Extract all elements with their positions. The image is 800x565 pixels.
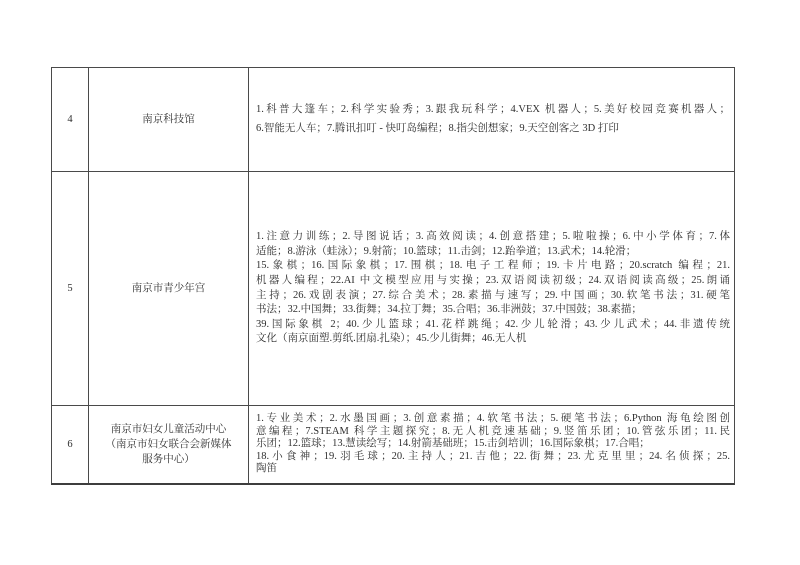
course-line: 书法；32.中国舞；33.街舞；34.拉丁舞；35.合唱；36.非洲鼓；37.中…	[256, 303, 730, 318]
document-page: 4南京科技馆1.科普大篷车；2.科学实验秀；3.跟我玩科学；4.VEX 机器人；…	[0, 0, 800, 565]
institution-cell: 南京市妇女儿童活动中心（南京市妇女联合会新媒体服务中心）	[89, 406, 249, 485]
row-number-cell: 4	[52, 68, 89, 172]
course-line: 陶笛	[256, 463, 730, 476]
table-row-6: 6南京市妇女儿童活动中心（南京市妇女联合会新媒体服务中心）1.专业美术；2.水墨…	[52, 406, 735, 485]
course-line: 意编程；7.STEAM 科学主题探究；8.无人机竞速基础；9.竖笛乐团；10.管…	[256, 426, 730, 439]
institution-cell: 南京市青少年宫	[89, 172, 249, 406]
row-number-cell: 5	[52, 172, 89, 406]
table-row-5: 5南京市青少年宫1.注意力训练；2.导图说话；3.高效阅读；4.创意搭建；5.啦…	[52, 172, 735, 406]
institution-line: 服务中心）	[93, 452, 244, 467]
courses-cell: 1.注意力训练；2.导图说话；3.高效阅读；4.创意搭建；5.啦啦操；6.中小学…	[249, 172, 735, 406]
courses-cell: 1.科普大篷车；2.科学实验秀；3.跟我玩科学；4.VEX 机器人；5.美好校园…	[249, 68, 735, 172]
course-line: 机器人编程；22.AI 中文模型应用与实操；23.双语阅读初级；24.双语阅读高…	[256, 274, 730, 289]
table-row-4: 4南京科技馆1.科普大篷车；2.科学实验秀；3.跟我玩科学；4.VEX 机器人；…	[52, 68, 735, 172]
course-line: 15.象棋；16.国际象棋；17.围棋；18.电子工程师；19.卡片电路；20.…	[256, 259, 730, 274]
course-line: 18.小食神；19.羽毛球；20.主持人；21.吉他；22.街舞；23.尤克里里…	[256, 451, 730, 464]
course-line: 6.智能无人车；7.腾讯扣叮 - 快叮岛编程；8.指尖创想家；9.天空创客之 3…	[256, 120, 730, 139]
institution-cell: 南京科技馆	[89, 68, 249, 172]
course-line: 39.国际象棋 2；40.少儿篮球；41.花样跳绳；42.少儿轮滑；43.少儿武…	[256, 318, 730, 333]
institution-line: （南京市妇女联合会新媒体	[93, 437, 244, 452]
course-line: 文化（南京面塑.剪纸.团扇.扎染）；45.少儿街舞；46.无人机	[256, 332, 730, 347]
course-line: 适能；8.游泳（蛙泳）；9.射箭；10.篮球；11.击剑；12.跆拳道；13.武…	[256, 245, 730, 260]
course-line: 1.专业美术；2.水墨国画；3.创意素描；4.软笔书法；5.硬笔书法；6.Pyt…	[256, 413, 730, 426]
institution-line: 南京市妇女儿童活动中心	[93, 422, 244, 437]
course-table: 4南京科技馆1.科普大篷车；2.科学实验秀；3.跟我玩科学；4.VEX 机器人；…	[51, 67, 735, 485]
courses-cell: 1.专业美术；2.水墨国画；3.创意素描；4.软笔书法；5.硬笔书法；6.Pyt…	[249, 406, 735, 485]
course-line: 乐团；12.篮球；13.慧读绘写；14.射箭基础班；15.击剑培训；16.国际象…	[256, 438, 730, 451]
course-line: 1.注意力训练；2.导图说话；3.高效阅读；4.创意搭建；5.啦啦操；6.中小学…	[256, 230, 730, 245]
course-line: 1.科普大篷车；2.科学实验秀；3.跟我玩科学；4.VEX 机器人；5.美好校园…	[256, 101, 730, 120]
course-table-body: 4南京科技馆1.科普大篷车；2.科学实验秀；3.跟我玩科学；4.VEX 机器人；…	[52, 68, 735, 485]
course-line: 主持；26.戏剧表演；27.综合美术；28.素描与速写；29.中国画；30.软笔…	[256, 289, 730, 304]
institution-line: 南京市青少年宫	[93, 281, 244, 296]
institution-line: 南京科技馆	[93, 112, 244, 127]
row-number-cell: 6	[52, 406, 89, 485]
